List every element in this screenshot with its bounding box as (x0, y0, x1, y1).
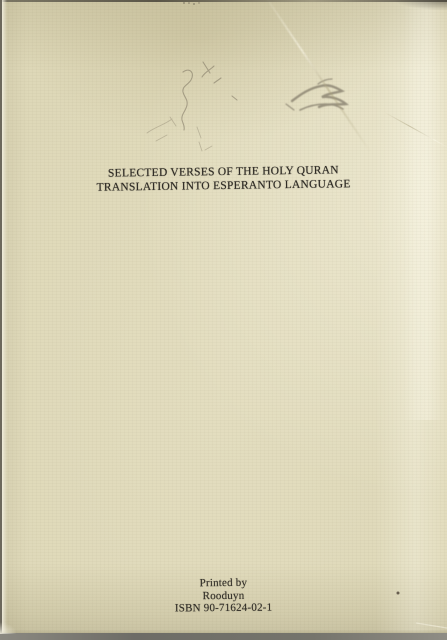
scan-edge-bottom (0, 633, 447, 640)
scan-corner-shadow (377, 0, 447, 12)
pencil-squiggle-mark (182, 62, 237, 130)
cover-title: SELECTED VERSES OF THE HOLY QURAN TRANSL… (0, 163, 447, 196)
faint-scribble-mark (147, 117, 212, 151)
book-back-cover-scan: SELECTED VERSES OF THE HOLY QURAN TRANSL… (0, 0, 447, 640)
page-corner-highlight (0, 618, 20, 634)
imprint: Printed by Rooduyn ISBN 90-71624-02-1 (0, 575, 447, 616)
scratch-mark (416, 623, 447, 628)
paper-crease (264, 0, 372, 152)
smudge-marks-layer (0, 0, 447, 640)
top-edge-specks (183, 2, 200, 5)
graphite-smudge-mark (286, 79, 346, 110)
paper-grain-texture (0, 0, 447, 640)
paper-crease (384, 112, 447, 148)
imprint-isbn: ISBN 90-71624-02-1 (0, 600, 447, 616)
paper-glare (403, 0, 447, 420)
page-edge-highlight-left (2, 0, 7, 640)
